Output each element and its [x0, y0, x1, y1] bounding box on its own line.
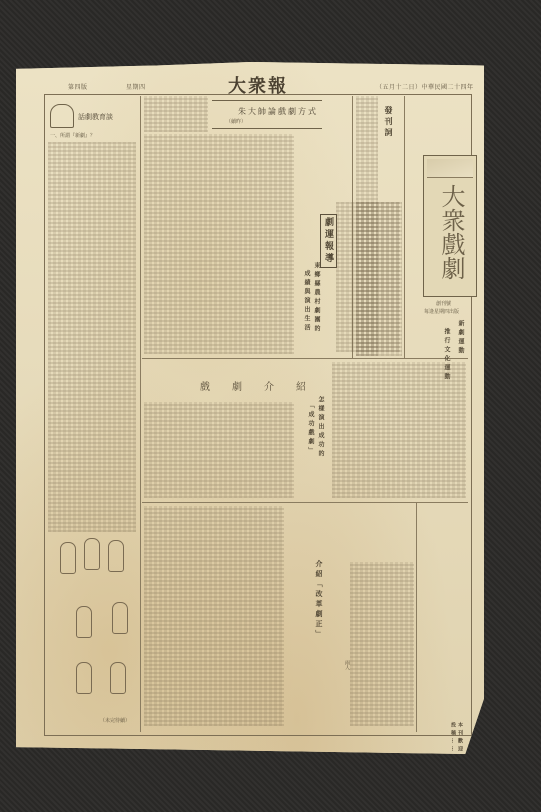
figure-illustration-icon [110, 662, 126, 694]
right-lower-title: 新劇運動 [456, 320, 465, 356]
left-article-text [48, 142, 136, 532]
bottom-right-notice: 本刊歡迎投稿…… [450, 722, 464, 754]
figure-illustration-icon [84, 538, 100, 570]
top-center-headline: 朱大帥論戲劇方式 [238, 106, 318, 117]
center-box-title: 劇運報導 [320, 214, 337, 268]
section-divider [142, 502, 468, 503]
center-box-line-1: 東鄉縣農村劇團的 [312, 262, 321, 334]
section-divider [142, 358, 468, 359]
curtain-illustration-icon [427, 159, 473, 178]
page-number: 第四版 [68, 82, 88, 91]
figure-illustration-icon [112, 602, 128, 634]
lower-right-article-text [350, 562, 414, 726]
column-divider [140, 96, 141, 732]
left-column-subhead: 一、所謂『新劇』？ [50, 132, 95, 139]
left-column-title: 話劇教育談 [78, 112, 113, 122]
figure-illustration-icon [76, 662, 92, 694]
figure-caption: （未完待續） [100, 717, 130, 724]
drama-subtext: 每逢星期四出版 [424, 308, 459, 315]
lower-article-text [144, 506, 284, 726]
column-divider [416, 502, 417, 732]
drama-title: 大衆戲劇 [434, 184, 469, 280]
weekday: 星期四 [126, 82, 146, 91]
headline-rule [212, 128, 322, 129]
center-box-line-2: 成績與演出生活 [302, 270, 311, 333]
newspaper-page: 第四版 星期四 大衆報 （五月十二日）中華民國二十四年 話劇教育談 一、所謂『新… [16, 62, 484, 754]
lower-center-title: 介紹「改革劇正」 [314, 560, 324, 640]
mid-article-text [144, 402, 294, 498]
mid-banner-subtitle: 怎樣演出成功的 [316, 396, 325, 459]
mid-banner: 戲劇介紹 [200, 378, 328, 393]
drama-caption: 創刊號 [436, 300, 451, 307]
top-center-subhead: （續昨） [226, 118, 246, 125]
mid-banner-subtitle-2: 「成功戲劇」 [306, 402, 315, 456]
issue-date: （五月十二日）中華民國二十四年 [376, 82, 474, 91]
center-article-text [144, 134, 294, 354]
bottom-left-banner: 戲劇愛好者的 [166, 762, 240, 776]
figure-illustration-icon [60, 542, 76, 574]
center-right-article-text [336, 202, 400, 352]
center-article-text [144, 96, 208, 132]
column-divider [404, 96, 405, 358]
headline-rule [212, 100, 322, 101]
mid-right-article-text [332, 362, 466, 498]
right-vertical-title: 發刊詞 [384, 106, 395, 139]
figure-illustration-icon [76, 606, 92, 638]
drama-title-box: 大衆戲劇 [423, 155, 477, 297]
lamp-illustration-icon [50, 104, 74, 128]
figure-illustration-icon [108, 540, 124, 572]
